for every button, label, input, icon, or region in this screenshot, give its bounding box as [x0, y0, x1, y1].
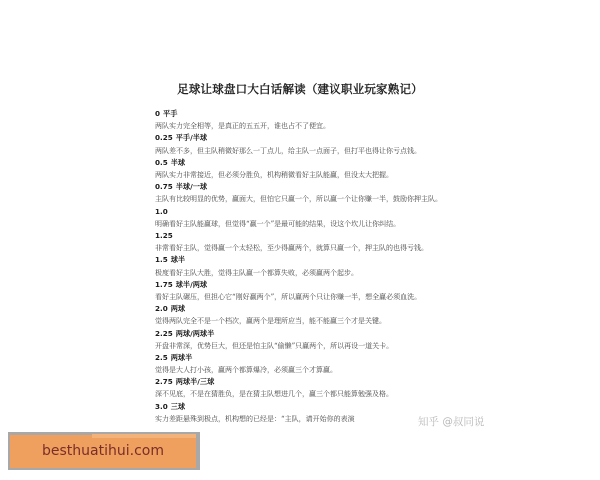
entry-heading: 0平手: [155, 108, 480, 120]
entry-name: 平手: [163, 109, 177, 118]
entry-description: 觉得是大人打小孩，赢两个都算爆冷，必须赢三个才算赢。: [155, 364, 480, 376]
entry-10: 2.5两球半 觉得是大人打小孩，赢两个都算爆冷，必须赢三个才算赢。: [155, 352, 480, 376]
entry-heading: 0.5半球: [155, 157, 480, 169]
entry-name: 半球/一球: [176, 182, 207, 191]
entry-odds: 1.25: [155, 231, 173, 240]
entry-heading: 1.0: [155, 206, 480, 218]
entry-odds: 1.75: [155, 280, 173, 289]
entry-description: 极度看好主队大胜，觉得主队赢一个都算失败，必须赢两个起步。: [155, 267, 480, 279]
entry-odds: 3.0: [155, 402, 168, 411]
entry-heading: 3.0三球: [155, 401, 480, 413]
entry-heading: 0.25平手/半球: [155, 132, 480, 144]
entry-name: 球半/两球: [176, 280, 207, 289]
entry-0: 0平手 两队实力完全相等，是真正的五五开，谁也占不了便宜。: [155, 108, 480, 132]
entry-heading: 1.5球半: [155, 254, 480, 266]
entry-name: 两球: [171, 304, 185, 313]
handicap-entries: 0平手 两队实力完全相等，是真正的五五开，谁也占不了便宜。 0.25平手/半球 …: [155, 108, 480, 425]
entry-description: 主队有比较明显的优势，赢面大，但怕它只赢一个，所以赢一个让你赚一半，鼓励你押主队…: [155, 193, 480, 205]
entry-name: 平手/半球: [176, 133, 207, 142]
entry-7: 1.75球半/两球 看好主队碾压，但担心它“刚好赢两个”，所以赢两个只让你赚一半…: [155, 279, 480, 303]
entry-odds: 0.5: [155, 158, 168, 167]
document-title: 足球让球盘口大白话解读（建议职业玩家熟记）: [140, 81, 460, 97]
entry-3: 0.75半球/一球 主队有比较明显的优势，赢面大，但怕它只赢一个，所以赢一个让你…: [155, 181, 480, 205]
entry-description: 开盘非常深，优势巨大，但还是怕主队“偷懒”只赢两个，所以再设一道关卡。: [155, 340, 480, 352]
entry-2: 0.5半球 两队实力非常接近，但必须分胜负，机构稍微看好主队能赢，但没太大把握。: [155, 157, 480, 181]
entry-heading: 2.25两球/两球半: [155, 328, 480, 340]
entry-11: 2.75两球半/三球 深不见底，不是在猜胜负，是在猜主队想进几个，赢三个都只能算…: [155, 376, 480, 400]
source-watermark: 知乎 @叔同说: [418, 414, 484, 429]
entry-name: 两球半: [171, 353, 193, 362]
entry-description: 两队实力非常接近，但必须分胜负，机构稍微看好主队能赢，但没太大把握。: [155, 169, 480, 181]
entry-name: 两球/两球半: [176, 329, 215, 338]
entry-heading: 0.75半球/一球: [155, 181, 480, 193]
entry-description: 两队差不多，但主队稍微好那么一丁点儿，给主队一点面子，但打平也得让你亏点钱。: [155, 145, 480, 157]
entry-description: 觉得两队完全不是一个档次，赢两个是理所应当，能不能赢三个才是关键。: [155, 315, 480, 327]
entry-odds: 0.25: [155, 133, 173, 142]
entry-heading: 2.5两球半: [155, 352, 480, 364]
entry-1: 0.25平手/半球 两队差不多，但主队稍微好那么一丁点儿，给主队一点面子，但打平…: [155, 132, 480, 156]
entry-heading: 2.0两球: [155, 303, 480, 315]
entry-name: 两球半/三球: [176, 377, 215, 386]
entry-name: 半球: [171, 158, 185, 167]
entry-4: 1.0 明确看好主队能赢球，但觉得“赢一个”是最可能的结果，设这个坎儿让你纠结。: [155, 206, 480, 230]
entry-odds: 0.75: [155, 182, 173, 191]
entry-heading: 1.25: [155, 230, 480, 242]
entry-odds: 0: [155, 109, 160, 118]
entry-odds: 1.0: [155, 207, 168, 216]
entry-heading: 2.75两球半/三球: [155, 376, 480, 388]
entry-description: 明确看好主队能赢球，但觉得“赢一个”是最可能的结果，设这个坎儿让你纠结。: [155, 218, 480, 230]
entry-description: 非常看好主队，觉得赢一个太轻松，至少得赢两个，就算只赢一个，押主队的也得亏钱。: [155, 242, 480, 254]
entry-5: 1.25 非常看好主队，觉得赢一个太轻松，至少得赢两个，就算只赢一个，押主队的也…: [155, 230, 480, 254]
entry-odds: 2.5: [155, 353, 168, 362]
entry-heading: 1.75球半/两球: [155, 279, 480, 291]
entry-9: 2.25两球/两球半 开盘非常深，优势巨大，但还是怕主队“偷懒”只赢两个，所以再…: [155, 328, 480, 352]
entry-description: 看好主队碾压，但担心它“刚好赢两个”，所以赢两个只让你赚一半，想全赢必须血洗。: [155, 291, 480, 303]
site-badge-label[interactable]: besthuatihui.com: [10, 435, 196, 468]
entry-odds: 2.25: [155, 329, 173, 338]
entry-odds: 1.5: [155, 255, 168, 264]
entry-description: 深不见底，不是在猜胜负，是在猜主队想进几个，赢三个都只能算勉强及格。: [155, 388, 480, 400]
entry-8: 2.0两球 觉得两队完全不是一个档次，赢两个是理所应当，能不能赢三个才是关键。: [155, 303, 480, 327]
entry-description: 两队实力完全相等，是真正的五五开，谁也占不了便宜。: [155, 120, 480, 132]
entry-name: 球半: [171, 255, 185, 264]
entry-name: 三球: [171, 402, 185, 411]
entry-odds: 2.0: [155, 304, 168, 313]
entry-odds: 2.75: [155, 377, 173, 386]
entry-6: 1.5球半 极度看好主队大胜，觉得主队赢一个都算失败，必须赢两个起步。: [155, 254, 480, 278]
